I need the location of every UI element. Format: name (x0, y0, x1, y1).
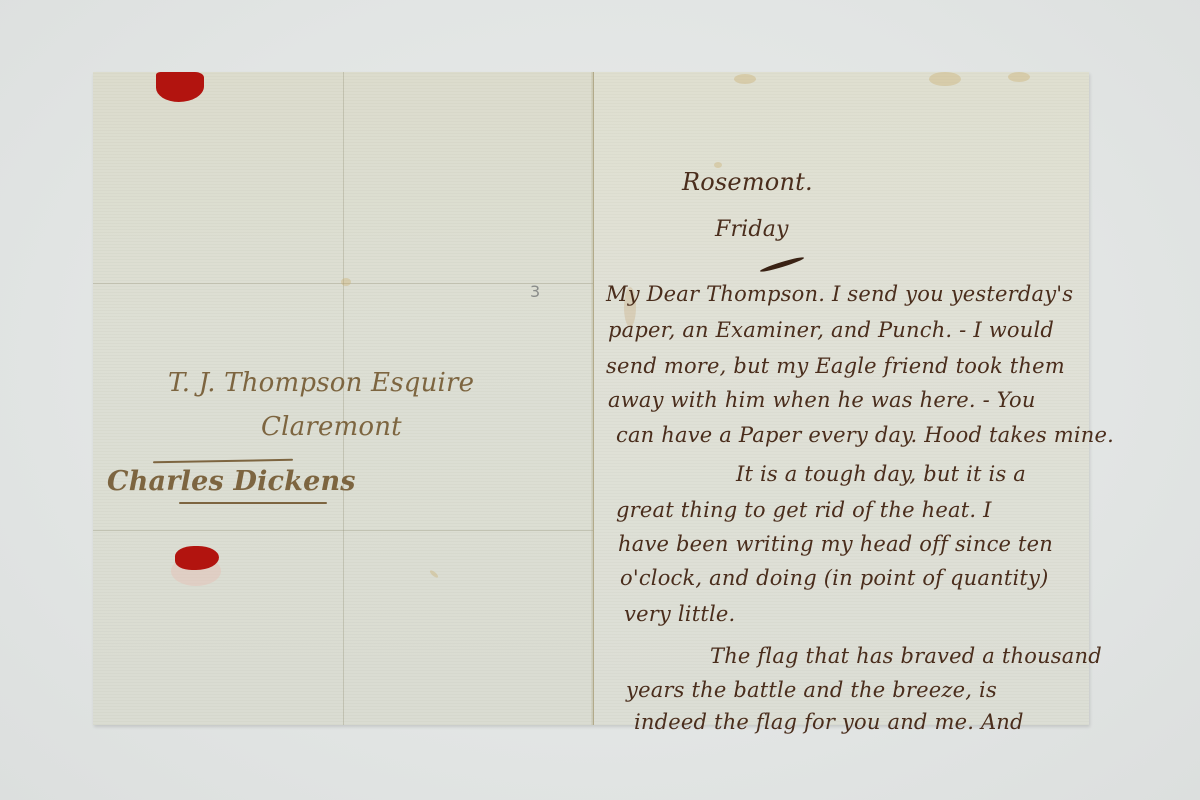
stain-spot (341, 278, 351, 286)
letter-line: send more, but my Eagle friend took them (606, 354, 1065, 378)
letter-line: away with him when he was here. - You (608, 388, 1036, 412)
letter-sheet: 3 T. J. Thompson Esquire Claremont Charl… (93, 72, 1089, 725)
stain-spot (734, 74, 756, 84)
fold-line-horizontal-lower (93, 530, 593, 531)
letter-line: have been writing my head off since ten (618, 532, 1053, 556)
stain-spot (929, 72, 961, 86)
recipient-address-line: T. J. Thompson Esquire (168, 368, 474, 398)
letter-heading-place: Rosemont. (682, 168, 813, 196)
letter-line: great thing to get rid of the heat. I (616, 498, 992, 522)
letter-line: very little. (624, 602, 735, 626)
signature-overline (153, 459, 293, 463)
fold-line-vertical (343, 72, 344, 725)
signature: Charles Dickens (107, 466, 356, 497)
letter-line: My Dear Thompson. I send you yesterday's (606, 282, 1073, 306)
letter-line: years the battle and the breeze, is (626, 678, 997, 702)
letter-line: can have a Paper every day. Hood takes m… (616, 423, 1114, 447)
letter-page: Rosemont. Friday My Dear Thompson. I sen… (594, 72, 1089, 725)
letter-line: o'clock, and doing (in point of quantity… (620, 566, 1049, 590)
letter-line: indeed the flag for you and me. And (634, 710, 1024, 734)
letter-line: paper, an Examiner, and Punch. - I would (608, 318, 1054, 342)
stain-spot (429, 569, 439, 578)
pencil-page-number: 3 (530, 282, 540, 301)
letter-line: The flag that has braved a thousand (710, 644, 1102, 668)
wax-seal-top (156, 72, 204, 102)
salutation-flourish (759, 255, 804, 273)
letter-heading-day: Friday (715, 217, 789, 242)
letter-line: It is a tough day, but it is a (736, 462, 1026, 486)
signature-underline (179, 502, 327, 504)
address-page: 3 T. J. Thompson Esquire Claremont Charl… (93, 72, 594, 725)
stain-spot (1008, 72, 1030, 82)
recipient-place-line: Claremont (261, 412, 402, 442)
